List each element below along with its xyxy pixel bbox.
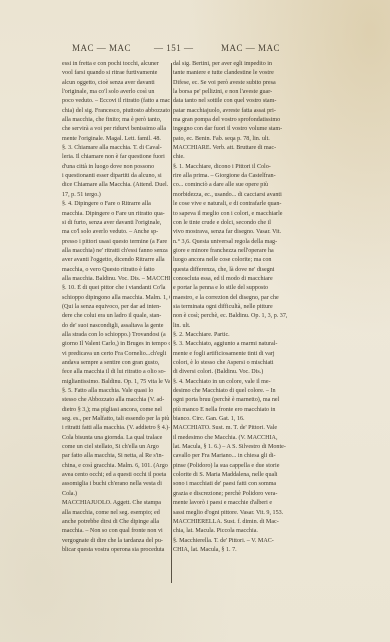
- right-column: dal sig. Bertini, per aver egli impedito…: [173, 60, 321, 555]
- text-line: stesso che Abbozzato alla macchia (V. ad…: [62, 396, 170, 405]
- text-line: colorite di S. Maria Maddalena, nelle qu…: [173, 471, 321, 480]
- text-line: alla macchia, come nel seg. esempio; ed: [62, 509, 170, 518]
- text-line: sia terminata ogni difficultà, nelle pit…: [173, 303, 321, 312]
- text-line: andava sempre a sentire con gran gusto,: [62, 359, 170, 368]
- text-line: Cola.): [62, 490, 170, 499]
- text-line: alla macchia. Baldinu. Voc. Dis. – MACCH…: [62, 275, 170, 284]
- text-line: sono i macchiati de' paesi fatti con som…: [173, 480, 321, 489]
- text-line: di diversi colori. (Baldinu. Voc. Dis.): [173, 368, 321, 377]
- text-line: dice Chiamare alla Macchia. (Attend. Due…: [62, 181, 170, 190]
- text-line: assomiglia i buchi ch'erano nella vesta …: [62, 480, 170, 489]
- text-line: MACCHIATO. Sust. m. T. de' Pittori. Vale: [173, 424, 321, 433]
- text-line: macchia, o vero Questo ritratto è fatto: [62, 266, 170, 275]
- text-line: §. 5. Fatto alla macchia. Vale quasi lo: [62, 387, 170, 396]
- text-line: morbidezza, ec., usando... di cacciarsi …: [173, 191, 321, 200]
- text-line: conoscluta essa, ed il modo di macchiare: [173, 275, 321, 284]
- text-line: alcun oggetto, cioè senza aver davanti: [62, 79, 170, 88]
- text-line: Difese, ec. Se voi però aveste subito pr…: [173, 79, 321, 88]
- text-line: con le tinte crude e dolci, secondo che …: [173, 219, 321, 228]
- text-line: che servirà a voi per ridurvi benissimo …: [62, 125, 170, 134]
- text-line: blicar questa vostra operona sia procedu…: [62, 546, 170, 555]
- text-line: MACCHIAJUOLO. Aggett. Che stampa: [62, 499, 170, 508]
- text-line: d'una città in luogo dove non possono: [62, 163, 170, 172]
- text-line: do de' suoi nascondigli, assaltava la ge…: [62, 322, 170, 331]
- text-line: chia, lat. Macula. Piccola macchia.: [173, 527, 321, 536]
- text-line: co... cominciò a dare alle sue opere più: [173, 181, 321, 190]
- text-line: §. 4. Macchiato in un colore, vale il me…: [173, 378, 321, 387]
- text-line: lat. Macula, § 1. 6.) – A S. Silvestro d…: [173, 443, 321, 452]
- text-line: 17, p. 51 tergo.): [62, 191, 170, 200]
- text-line: §. 1. Macchiare, dicono i Pittori il Col…: [173, 163, 321, 172]
- text-line: tante maniere e tutte clandestine le vos…: [173, 69, 321, 78]
- text-line: alla macchia) ne' ritratti ch'essi fanno…: [62, 247, 170, 256]
- text-line: MACCHIERELLA. Sust. f. dimin. di Mac-: [173, 518, 321, 527]
- text-line: desimo che Macchiato di quel colore. – I…: [173, 387, 321, 396]
- text-line: i ritratti fatti alla macchia. (V. addie…: [62, 424, 170, 433]
- text-line: bianco. Circ. Gan. Gat. 1, 16.: [173, 415, 321, 424]
- text-line: giore e minore franchezza nell'operare h…: [173, 247, 321, 256]
- text-line: vi predicava un certo Fra Cornelio...ch'…: [62, 350, 170, 359]
- text-line: §. 10. È di quei pittor che i viandanti …: [62, 284, 170, 293]
- text-line: non è così; perchè, ec. Baldinu. Op. 1, …: [173, 312, 321, 321]
- text-line: ma gran pompa del vostro sprofondatissim…: [173, 116, 321, 125]
- text-line: essi in fretta e con pochi tocchi, alcun…: [62, 60, 170, 69]
- text-line: §. Macchierella. T. de' Pittori. – V. MA…: [173, 537, 321, 546]
- text-line: patar macchiajuolo, avreste fatta assai …: [173, 107, 321, 116]
- text-line: sassi meglio d'ogni pittore. Vasar. Vit.…: [173, 509, 321, 518]
- text-line: fece alla macchia il di lui ritratto a o…: [62, 368, 170, 377]
- text-line: §. 4. Dipingere o Fare o Ritrarre alla: [62, 200, 170, 209]
- text-line: ingegno con dar fuori il vostro volume s…: [173, 125, 321, 134]
- text-line: (Qui la senza equivoco, per dar ad inten…: [62, 303, 170, 312]
- text-line: dal sig. Bertini, per aver egli impedito…: [173, 60, 321, 69]
- text-line: n.° 3,6. Questa universal regola della m…: [173, 238, 321, 247]
- text-line: §. 3. Macchiato, aggiunto a marmi natura…: [173, 340, 321, 349]
- left-column: essi in fretta e con pochi tocchi, alcun…: [62, 60, 170, 555]
- text-line: grazia e discrezione; perchè Polidoro ve…: [173, 490, 321, 499]
- text-line: maestro, e la correzion del disegno, par…: [173, 294, 321, 303]
- text-line: giorno Il Valent Carlo,) in Bruges in te…: [62, 340, 170, 349]
- text-line: seg. es., per Malfatto, tali essendo per…: [62, 415, 170, 424]
- text-line: ma co'l solo averlo veduto. – Anche sp-: [62, 228, 170, 237]
- text-line: poco veduto. – Eccovi il ritratto (fatto…: [62, 97, 170, 106]
- text-line: §. 2. Macchiare. Partic.: [173, 331, 321, 340]
- text-line: avea cento occhi; ed a questi occhi il p…: [62, 471, 170, 480]
- text-line: lin. ult.: [173, 322, 321, 331]
- text-line: leria. Il chiamare non è far questione f…: [62, 153, 170, 162]
- text-line: luogo ancora nelle cose colorite; ma con: [173, 256, 321, 265]
- text-line: i questionanti esser dipartiti da alcuno…: [62, 172, 170, 181]
- text-line: presso i pittori usasi questo termine (a…: [62, 238, 170, 247]
- text-line: vergognate di dire che la tardanza del p…: [62, 537, 170, 546]
- text-line: vivo mostrava, senza far disegno. Vasar.…: [173, 228, 321, 237]
- column-divider: [171, 63, 172, 583]
- page-number: — 151 —: [154, 43, 194, 53]
- text-line: mente l'originale. Magal. Lett. famil. 4…: [62, 135, 170, 144]
- text-line: si di furto, senza aver davanti l'origin…: [62, 219, 170, 228]
- text-line: e portar la penna e lo stile del suppost…: [173, 284, 321, 293]
- text-line: pinse (Polidoro) la sua cappella e due s…: [173, 462, 321, 471]
- text-line: MACCHIARE. Verb. att. Bruttare di mac-: [173, 144, 321, 153]
- text-line: dietro § 3,); ma pigliasi ancora, come n…: [62, 406, 170, 415]
- text-line: vool farsi quando si ritrae furtivamente: [62, 69, 170, 78]
- text-line: dere che colui era un ladro il quale, st…: [62, 312, 170, 321]
- text-line: alla strada con lo schioppo.) Trovandosi…: [62, 331, 170, 340]
- text-line: la borsa pe' pellizini, e non l'aveste g…: [173, 88, 321, 97]
- running-header: MAC — MAC — 151 — MAC — MAC: [66, 43, 328, 57]
- text-line: questa differenza, che, là dove ne' dise…: [173, 266, 321, 275]
- text-line: come un ciel stellato, Si ch'ella un Arg…: [62, 443, 170, 452]
- text-line: più manco E nella fronte ero macchiato i…: [173, 406, 321, 415]
- text-line: macchia. – Non so con qual fronte non vi: [62, 527, 170, 536]
- text-line: par fatto alla macchia, Si netta, al Re …: [62, 452, 170, 461]
- text-line: data tanto nel sottile con quel vostro s…: [173, 97, 321, 106]
- text-line: china, e così gracchia. Malm. 6, 101. (A…: [62, 462, 170, 471]
- text-line: migliantissimo. Baldinu. Op. 1, 75 vita …: [62, 378, 170, 387]
- text-line: chie.: [173, 153, 321, 162]
- text-line: colori, è lo stesso che Aspersi o mischi…: [173, 359, 321, 368]
- text-line: macchia. Dipingere o Fare un ritratto qu…: [62, 210, 170, 219]
- text-line: chia) del sig. Francesco, piuttosto abbo…: [62, 107, 170, 116]
- text-line: mente e fogli artificiosamente tinti di …: [173, 350, 321, 359]
- text-line: schioppo dipingono alla macchia. Malm. 1…: [62, 294, 170, 303]
- text-line: il medesimo che Macchia. (V. MACCHIA,: [173, 434, 321, 443]
- text-line: rire alla prima. – Giorgione da Castelfr…: [173, 172, 321, 181]
- text-line: aver avanti l'oggetto, dicendo Ritrarre …: [62, 256, 170, 265]
- text-line: cavallo per Fra Mariano... in chiesa gli…: [173, 452, 321, 461]
- text-line: alla macchia, che finito; ma è però tant…: [62, 116, 170, 125]
- text-line: pato, ec. Benin. Fab. seqa p. 78, lin. u…: [173, 135, 321, 144]
- text-line: mente lavorò i paesi e macchie d'alberi …: [173, 499, 321, 508]
- header-left: MAC — MAC: [72, 43, 131, 53]
- text-line: CHIA, lat. Macula, § 1. 7.: [173, 546, 321, 555]
- text-line: ogni porta bruu (perchè è marnetto), ma …: [173, 396, 321, 405]
- text-line: §. 3. Chiamare alla macchia. T. di Caval…: [62, 144, 170, 153]
- text-line: anche potrebbe dirsi di Che dipinge alla: [62, 518, 170, 527]
- text-line: le cose vive e naturali, e di contrafarl…: [173, 200, 321, 209]
- text-line: Cola bisunta una giornda. La qual tralac…: [62, 434, 170, 443]
- text-line: l'originale, ma co'l solo averlo così un: [62, 88, 170, 97]
- header-right: MAC — MAC: [221, 43, 280, 53]
- text-line: to sapeva il meglio con i colori, e macc…: [173, 210, 321, 219]
